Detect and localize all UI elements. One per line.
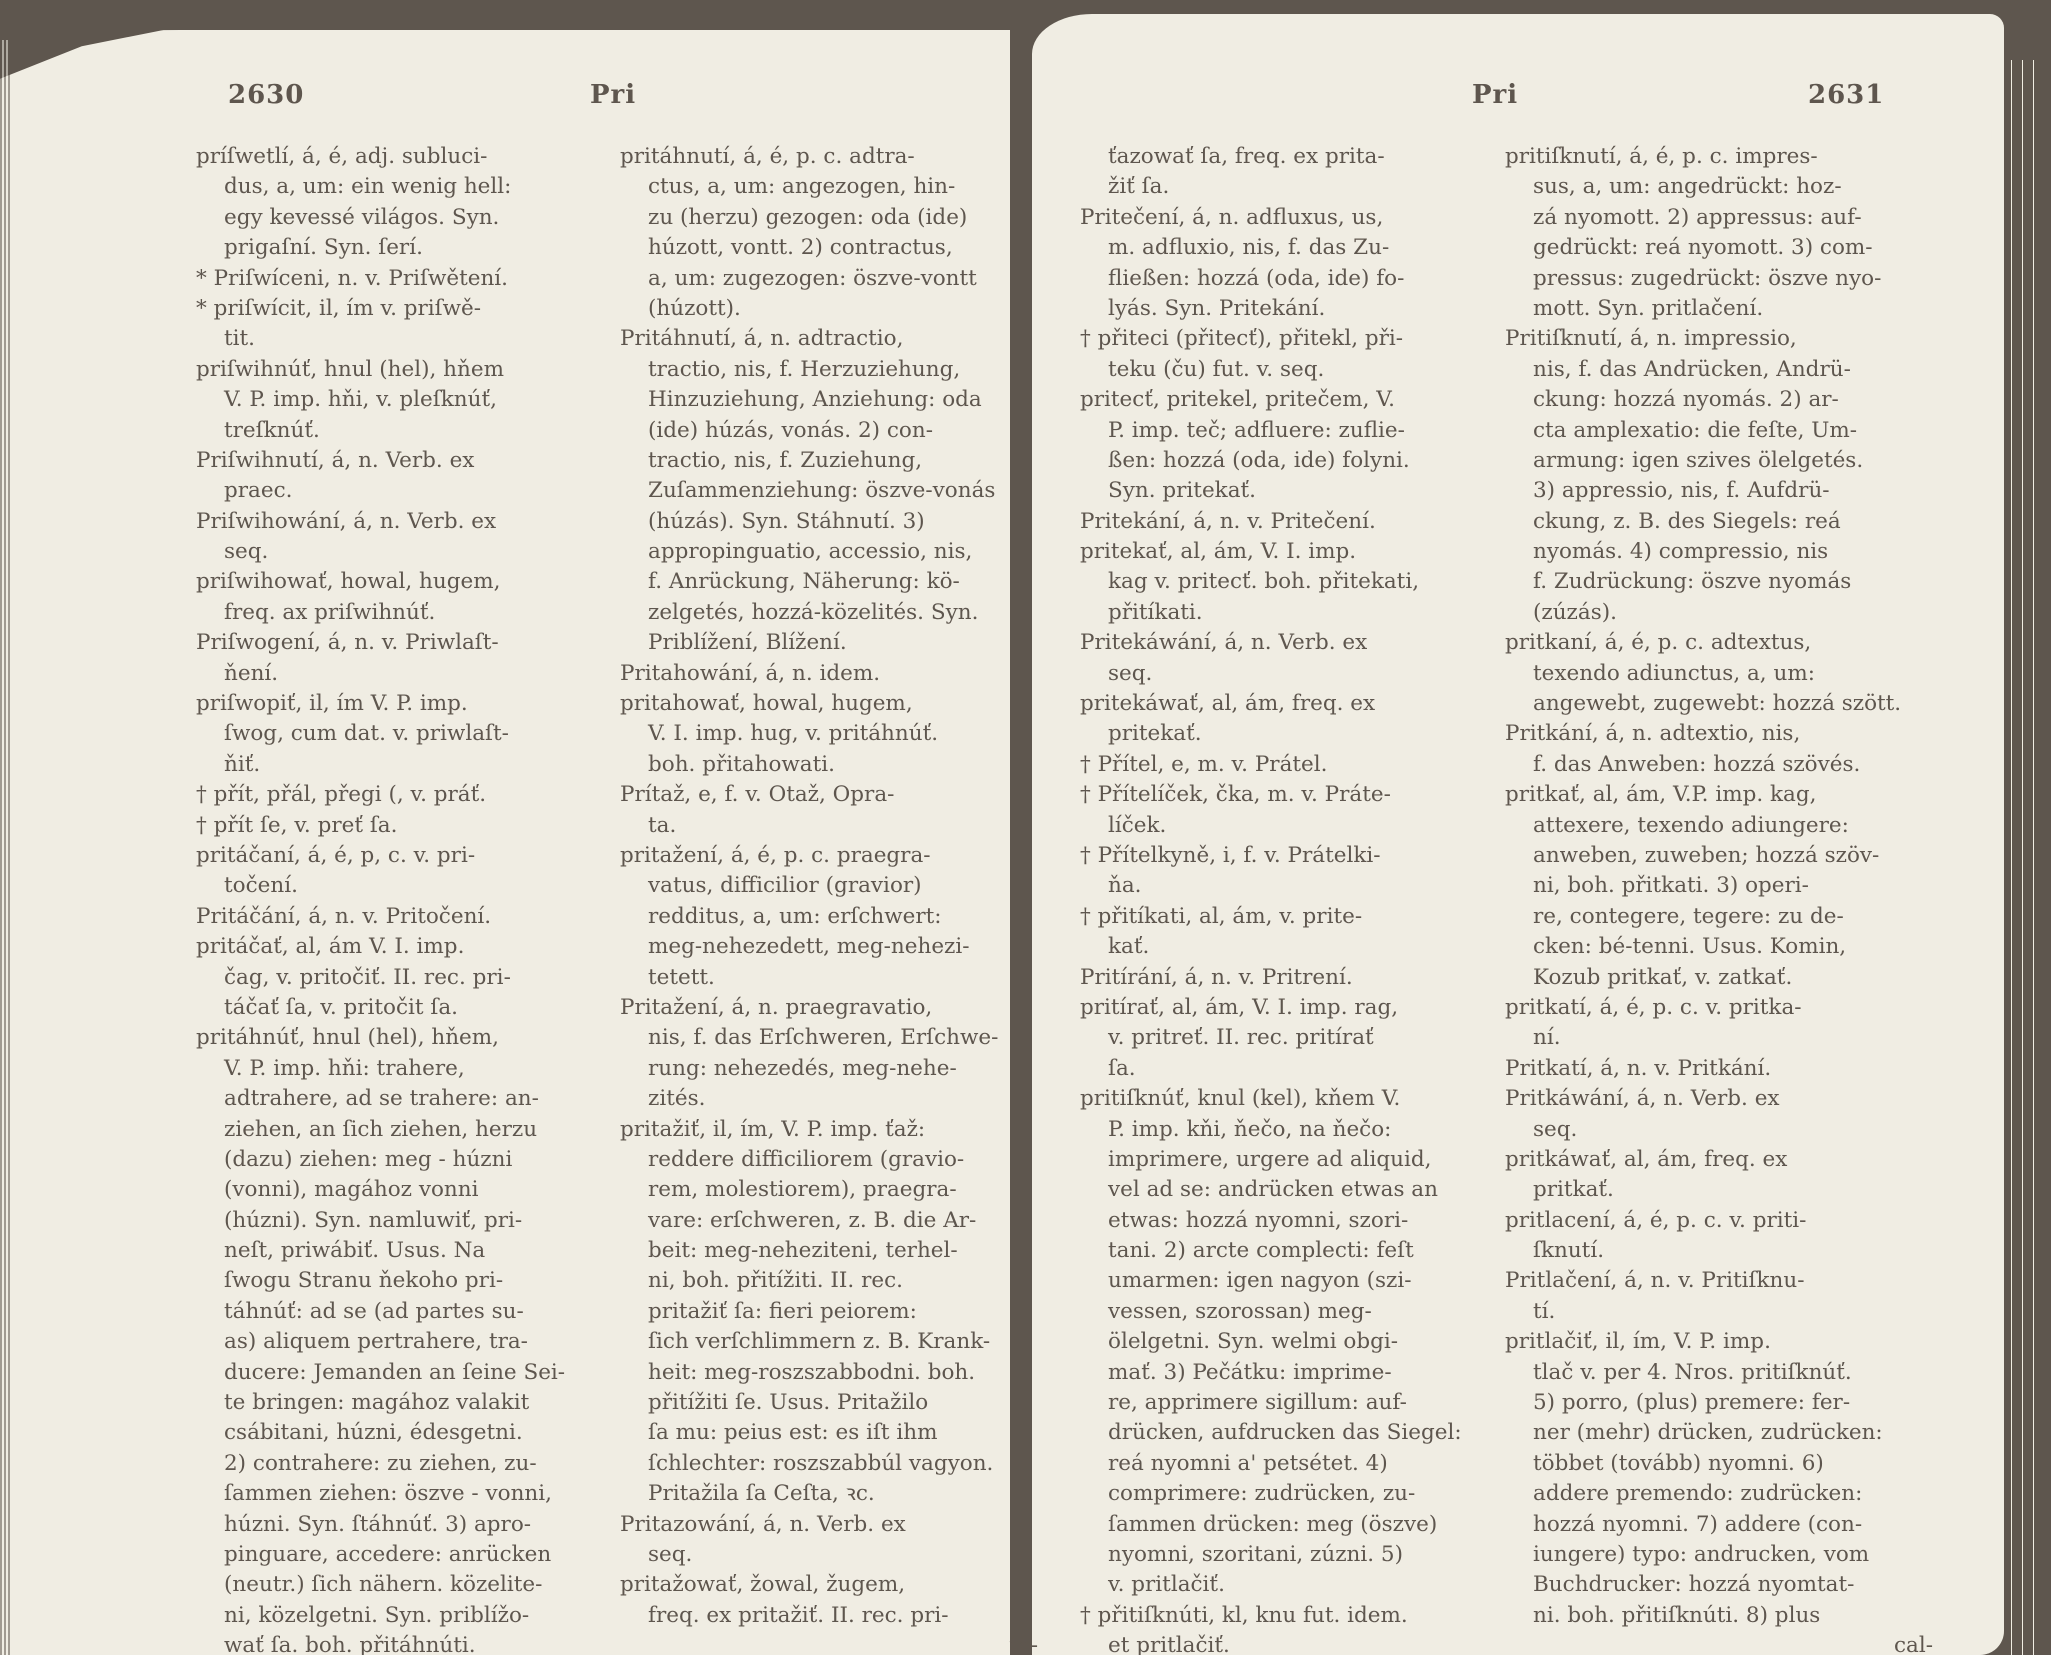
entry-continuation-line: attexere, texendo adiungere: (1505, 811, 1910, 841)
entry-headword-line: † Přítel, e, m. v. Prátel. (1080, 750, 1485, 780)
book-gutter (1010, 30, 1024, 1655)
entry-continuation-line: v. pritreť. II. rec. pritírať (1080, 1023, 1485, 1053)
entry-continuation-line: freq. ax priſwihnúť. (196, 598, 596, 628)
entry-continuation-line: ťa- (620, 1631, 1038, 1655)
entry-continuation-line: reddere difficiliorem (gravio- (620, 1145, 1010, 1175)
entry-continuation-line: wať ſa. boh. přitáhnúti. (196, 1631, 596, 1655)
entry-continuation-line: přitíkati. (1080, 598, 1485, 628)
entry-headword-line: pritkatí, á, é, p. c. v. pritka- (1505, 993, 1910, 1023)
entry-continuation-line: tit. (196, 324, 596, 354)
entry-continuation-line: ſammen ziehen: öszve - vonni, (196, 1479, 596, 1509)
entry-continuation-line: V. P. imp. hňi, v. pleſknúť, (196, 385, 596, 415)
entry-continuation-line: cal- (1505, 1631, 1933, 1655)
entry-continuation-line: et pritlačiť. (1080, 1631, 1485, 1655)
entry-continuation-line: lyás. Syn. Pritekání. (1080, 294, 1485, 324)
entry-headword-line: Pritáčání, á, n. v. Pritočení. (196, 902, 596, 932)
entry-continuation-line: egy kevessé világos. Syn. (196, 203, 596, 233)
entry-continuation-line: sus, a, um: angedrückt: hoz- (1505, 172, 1910, 202)
entry-continuation-line: ni, boh. přitížiti. II. rec. (620, 1266, 1010, 1296)
entry-headword-line: † Přítelkyně, i, f. v. Prátelki- (1080, 841, 1485, 871)
entry-continuation-line: ňa. (1080, 871, 1485, 901)
entry-continuation-line: comprimere: zudrücken, zu- (1080, 1479, 1485, 1509)
entry-continuation-line: ní. (1505, 1023, 1910, 1053)
entry-continuation-line: pritažiť ſa: fieri peiorem: (620, 1297, 1010, 1327)
entry-continuation-line: (húzás). Syn. Stáhnutí. 3) (620, 507, 1010, 537)
entry-continuation-line: V. P. imp. hňi: trahere, (196, 1054, 596, 1084)
entry-headword-line: pritažowať, žowal, žugem, (620, 1570, 1010, 1600)
entry-headword-line: pritecť, pritekel, pritečem, V. (1080, 385, 1485, 415)
entry-continuation-line: cken: bé-tenni. Usus. Komin, (1505, 932, 1910, 962)
entry-continuation-line: mať. 3) Pečátku: imprime- (1080, 1358, 1485, 1388)
entry-headword-line: pritáčať, al, ám V. I. imp. (196, 932, 596, 962)
entry-continuation-line: ni, közelgetni. Syn. priblížo- (196, 1601, 596, 1631)
dictionary-column-3: ťazowať ſa, freq. ex prita-žiť ſa.Priteč… (1080, 142, 1485, 1655)
entry-continuation-line: (dazu) ziehen: meg - húzni (196, 1145, 596, 1175)
entry-headword-line: † přitiſknúti, kl, knu fut. idem. (1080, 1601, 1485, 1631)
entry-continuation-line: appropinguatio, accessio, nis, (620, 537, 1010, 567)
entry-continuation-line: redditus, a, um: erſchwert: (620, 902, 1010, 932)
entry-headword-line: Pritekání, á, n. v. Pritečení. (1080, 507, 1485, 537)
entry-continuation-line: vessen, szorossan) meg- (1080, 1297, 1485, 1327)
entry-headword-line: Pritáhnutí, á, n. adtractio, (620, 324, 1010, 354)
entry-continuation-line: többet (tovább) nyomni. 6) (1505, 1449, 1910, 1479)
entry-continuation-line: Kozub pritkať, v. zatkať. (1505, 963, 1910, 993)
entry-continuation-line: P. imp. teč; adfluere: zuflie- (1080, 416, 1485, 446)
entry-continuation-line: addere premendo: zudrücken: (1505, 1479, 1910, 1509)
entry-continuation-line: ňiť. (196, 750, 596, 780)
entry-continuation-line: pritkať. (1505, 1175, 1910, 1205)
entry-headword-line: Pritkání, á, n. adtextio, nis, (1505, 719, 1910, 749)
entry-continuation-line: tractio, nis, f. Zuziehung, (620, 446, 1010, 476)
entry-headword-line: † Přítelíček, čka, m. v. Práte- (1080, 780, 1485, 810)
entry-headword-line: † přít, přál, přegi (, v. práť. (196, 780, 596, 810)
entry-headword-line: pritlačiť, il, ím, V. P. imp. (1505, 1327, 1910, 1357)
entry-continuation-line: tractio, nis, f. Herzuziehung, (620, 355, 1010, 385)
entry-continuation-line: f. Zudrückung: öszve nyomás (1505, 567, 1910, 597)
entry-continuation-line: nyomás. 4) compressio, nis (1505, 537, 1910, 567)
entry-continuation-line: nis, f. das Erſchweren, Erſchwe- (620, 1023, 1010, 1053)
entry-headword-line: pritiſknutí, á, é, p. c. impres- (1505, 142, 1910, 172)
entry-continuation-line: ner (mehr) drücken, zudrücken: (1505, 1418, 1910, 1448)
entry-continuation-line: ťazowať ſa, freq. ex prita- (1080, 142, 1485, 172)
entry-continuation-line: 5) porro, (plus) premere: fer- (1505, 1388, 1910, 1418)
entry-continuation-line: vare: erſchweren, z. B. die Ar- (620, 1206, 1010, 1236)
entry-headword-line: pritiſknúť, knul (kel), kňem V. (1080, 1084, 1485, 1114)
entry-continuation-line: táhnúť: ad se (ad partes su- (196, 1297, 596, 1327)
right-page-number: 2631 (1808, 80, 1884, 110)
entry-continuation-line: prigaſní. Syn. ſerí. (196, 233, 596, 263)
entry-continuation-line: (húzott). (620, 294, 1010, 324)
entry-continuation-line: te bringen: magához valakit (196, 1388, 596, 1418)
entry-continuation-line: 3) appressio, nis, f. Aufdrü- (1505, 476, 1910, 506)
entry-continuation-line: Hinzuziehung, Anziehung: oda (620, 385, 1010, 415)
right-running-head: Pri (1472, 80, 1518, 110)
entry-continuation-line: csábitani, húzni, édesgetni. (196, 1418, 596, 1448)
entry-continuation-line: mott. Syn. pritlačení. (1505, 294, 1910, 324)
entry-continuation-line: etwas: hozzá nyomni, szori- (1080, 1206, 1485, 1236)
entry-continuation-line: 2) contrahere: zu ziehen, zu- (196, 1449, 596, 1479)
entry-continuation-line: ßen: hozzá (oda, ide) folyni. (1080, 446, 1485, 476)
entry-headword-line: Priſwogení, á, n. v. Priwlaſt- (196, 628, 596, 658)
entry-continuation-line: treſknúť. (196, 416, 596, 446)
entry-continuation-line: ziehen, an ſich ziehen, herzu (196, 1115, 596, 1145)
left-page-edge (0, 40, 10, 1655)
entry-headword-line: Pritiſknutí, á, n. impressio, (1505, 324, 1910, 354)
dictionary-column-2: pritáhnutí, á, é, p. c. adtra-ctus, a, u… (620, 142, 1010, 1655)
entry-continuation-line: tani. 2) arcte complecti: feſt (1080, 1236, 1485, 1266)
entry-continuation-line: iungere) typo: andrucken, vom (1505, 1540, 1910, 1570)
entry-headword-line: Pritkatí, á, n. v. Pritkání. (1505, 1054, 1910, 1084)
entry-headword-line: pritekať, al, ám, V. I. imp. (1080, 537, 1485, 567)
entry-continuation-line: (zúzás). (1505, 598, 1910, 628)
entry-continuation-line: hozzá nyomni. 7) addere (con- (1505, 1510, 1910, 1540)
entry-continuation-line: fließen: hozzá (oda, ide) fo- (1080, 264, 1485, 294)
entry-continuation-line: ctus, a, um: angezogen, hin- (620, 172, 1010, 202)
entry-continuation-line: zu (herzu) gezogen: oda (ide) (620, 203, 1010, 233)
entry-continuation-line: pressus: zugedrückt: öszve nyo- (1505, 264, 1910, 294)
entry-continuation-line: Buchdrucker: hozzá nyomtat- (1505, 1570, 1910, 1600)
entry-headword-line: priſwihowať, howal, hugem, (196, 567, 596, 597)
entry-headword-line: Pritkáwání, á, n. Verb. ex (1505, 1084, 1910, 1114)
entry-continuation-line: texendo adiunctus, a, um: (1505, 659, 1910, 689)
entry-headword-line: * priſwícit, il, ím v. priſwě- (196, 294, 596, 324)
entry-continuation-line: húzott, vontt. 2) contractus, (620, 233, 1010, 263)
entry-continuation-line: ſich verſchlimmern z. B. Krank- (620, 1327, 1010, 1357)
entry-headword-line: Priſwihnutí, á, n. Verb. ex (196, 446, 596, 476)
entry-continuation-line: kať. (1080, 932, 1485, 962)
entry-headword-line: † přít ſe, v. preť ſa. (196, 811, 596, 841)
entry-continuation-line: ňení. (196, 659, 596, 689)
entry-headword-line: pritlacení, á, é, p. c. v. priti- (1505, 1206, 1910, 1236)
entry-headword-line: Pritekáwání, á, n. Verb. ex (1080, 628, 1485, 658)
entry-continuation-line: re, apprimere sigillum: auf- (1080, 1388, 1485, 1418)
entry-headword-line: priſwihnúť, hnul (hel), hňem (196, 355, 596, 385)
entry-headword-line: Pritečení, á, n. adfluxus, us, (1080, 203, 1485, 233)
entry-headword-line: Pritahowání, á, n. idem. (620, 659, 1010, 689)
left-running-head: Pri (590, 80, 636, 110)
entry-headword-line: † přiteci (přitecť), přitekl, při- (1080, 324, 1485, 354)
entry-continuation-line: vatus, difficilior (gravior) (620, 871, 1010, 901)
entry-headword-line: pritírať, al, ám, V. I. imp. rag, (1080, 993, 1485, 1023)
entry-continuation-line: ſwog, cum dat. v. priwlaſt- (196, 719, 596, 749)
entry-continuation-line: ta. (620, 811, 1010, 841)
entry-continuation-line: reá nyomni a' petsétet. 4) (1080, 1449, 1485, 1479)
entry-continuation-line: (vonni), magához vonni (196, 1175, 596, 1205)
entry-headword-line: pritáhnúť, hnul (hel), hňem, (196, 1023, 596, 1053)
dictionary-column-4: pritiſknutí, á, é, p. c. impres-sus, a, … (1505, 142, 1910, 1655)
entry-continuation-line: boh. přitahowati. (620, 750, 1010, 780)
entry-continuation-line: armung: igen szives ölelgetés. (1505, 446, 1910, 476)
entry-continuation-line: ſwogu Stranu ňekoho pri- (196, 1266, 596, 1296)
entry-continuation-line: kag v. pritecť. boh. přitekati, (1080, 567, 1485, 597)
entry-continuation-line: seq. (620, 1540, 1010, 1570)
entry-continuation-line: ni. boh. přitiſknúti. 8) plus (1505, 1601, 1910, 1631)
entry-continuation-line: neſt, priwábiť. Usus. Na (196, 1236, 596, 1266)
entry-continuation-line: P. imp. kňi, ňečo, na ňečo: (1080, 1115, 1485, 1145)
entry-continuation-line: ſknutí. (1505, 1236, 1910, 1266)
entry-headword-line: pritáčaní, á, é, p, c. v. pri- (196, 841, 596, 871)
entry-headword-line: Pritírání, á, n. v. Pritrení. (1080, 963, 1485, 993)
entry-continuation-line: ſammen drücken: meg (öszve) (1080, 1510, 1485, 1540)
entry-continuation-line: drücken, aufdrucken das Siegel: (1080, 1418, 1485, 1448)
entry-headword-line: pritažení, á, é, p. c. praegra- (620, 841, 1010, 871)
entry-continuation-line: seq. (1505, 1115, 1910, 1145)
entry-headword-line: Prítaž, e, f. v. Otaž, Opra- (620, 780, 1010, 810)
entry-headword-line: Pritlačení, á, n. v. Pritiſknu- (1505, 1266, 1910, 1296)
entry-continuation-line: m. adfluxio, nis, f. das Zu- (1080, 233, 1485, 263)
entry-headword-line: pritkať, al, ám, V.P. imp. kag, (1505, 780, 1910, 810)
entry-continuation-line: pritekať. (1080, 719, 1485, 749)
dictionary-column-1: príſwetlí, á, é, adj. subluci-dus, a, um… (196, 142, 596, 1655)
entry-continuation-line: angewebt, zugewebt: hozzá szött. (1505, 689, 1910, 719)
entry-continuation-line: tetett. (620, 963, 1010, 993)
entry-continuation-line: zelgetés, hozzá-közelités. Syn. (620, 598, 1010, 628)
entry-continuation-line: táčať ſa, v. pritočit ſa. (196, 993, 596, 1023)
entry-continuation-line: tí. (1505, 1297, 1910, 1327)
entry-headword-line: príſwetlí, á, é, adj. subluci- (196, 142, 596, 172)
entry-continuation-line: přitížiti ſe. Usus. Pritažilo (620, 1388, 1010, 1418)
entry-continuation-line: imprimere, urgere ad aliquid, (1080, 1145, 1485, 1175)
entry-continuation-line: (húzni). Syn. namluwiť, pri- (196, 1206, 596, 1236)
entry-continuation-line: f. Anrückung, Näherung: kö- (620, 567, 1010, 597)
entry-continuation-line: f. das Anweben: hozzá szövés. (1505, 750, 1910, 780)
entry-continuation-line: praec. (196, 476, 596, 506)
entry-continuation-line: nyomni, szoritani, zúzni. 5) (1080, 1540, 1485, 1570)
entry-continuation-line: Pritažila ſa Ceſta, ꝛc. (620, 1479, 1010, 1509)
entry-continuation-line: húzni. Syn. ſtáhnúť. 3) apro- (196, 1510, 596, 1540)
entry-continuation-line: gedrückt: reá nyomott. 3) com- (1505, 233, 1910, 263)
entry-continuation-line: seq. (196, 537, 596, 567)
entry-continuation-line: Zuſammenziehung: öszve-vonás (620, 476, 1010, 506)
entry-headword-line: pritekáwať, al, ám, freq. ex (1080, 689, 1485, 719)
entry-headword-line: pritažiť, il, ím, V. P. imp. ťaž: (620, 1115, 1010, 1145)
entry-continuation-line: ckung, z. B. des Siegels: reá (1505, 507, 1910, 537)
entry-continuation-line: ſa mu: peius est: es iſt ihm (620, 1418, 1010, 1448)
entry-continuation-line: beit: meg-neheziteni, terhel- (620, 1236, 1010, 1266)
entry-headword-line: Pritažení, á, n. praegravatio, (620, 993, 1010, 1023)
entry-continuation-line: ſa. (1080, 1054, 1485, 1084)
entry-continuation-line: Syn. pritekať. (1080, 476, 1485, 506)
entry-continuation-line: umarmen: igen nagyon (szi- (1080, 1266, 1485, 1296)
entry-continuation-line: rung: nehezedés, meg-nehe- (620, 1054, 1010, 1084)
entry-continuation-line: seq. (1080, 659, 1485, 689)
entry-continuation-line: Priblížení, Blížení. (620, 628, 1010, 658)
entry-continuation-line: freq. ex pritažiť. II. rec. pri- (620, 1601, 1010, 1631)
entry-continuation-line: V. I. imp. hug, v. pritáhnúť. (620, 719, 1010, 749)
entry-continuation-line: ckung: hozzá nyomás. 2) ar- (1505, 385, 1910, 415)
entry-continuation-line: (ide) húzás, vonás. 2) con- (620, 416, 1010, 446)
entry-continuation-line: zités. (620, 1084, 1010, 1114)
entry-headword-line: † přitíkati, al, ám, v. prite- (1080, 902, 1485, 932)
entry-continuation-line: ölelgetni. Syn. welmi obgi- (1080, 1327, 1485, 1357)
entry-continuation-line: vel ad se: andrücken etwas an (1080, 1175, 1485, 1205)
entry-continuation-line: zá nyomott. 2) appressus: auf- (1505, 203, 1910, 233)
entry-continuation-line: čag, v. pritočiť. II. rec. pri- (196, 963, 596, 993)
entry-headword-line: Pritazowání, á, n. Verb. ex (620, 1510, 1010, 1540)
entry-continuation-line: anweben, zuweben; hozzá szöv- (1505, 841, 1910, 871)
entry-headword-line: pritkáwať, al, ám, freq. ex (1505, 1145, 1910, 1175)
entry-headword-line: priſwopiť, il, ím V. P. imp. (196, 689, 596, 719)
entry-continuation-line: pinguare, accedere: anrücken (196, 1540, 596, 1570)
entry-continuation-line: točení. (196, 871, 596, 901)
left-page-number: 2630 (228, 80, 304, 110)
entry-continuation-line: nis, f. das Andrücken, Andrü- (1505, 355, 1910, 385)
entry-continuation-line: ducere: Jemanden an ſeine Sei- (196, 1358, 596, 1388)
entry-continuation-line: dus, a, um: ein wenig hell: (196, 172, 596, 202)
entry-continuation-line: adtrahere, ad se trahere: an- (196, 1084, 596, 1114)
entry-headword-line: pritáhnutí, á, é, p. c. adtra- (620, 142, 1010, 172)
entry-continuation-line: ni, boh. přitkati. 3) operi- (1505, 871, 1910, 901)
entry-headword-line: Priſwihowání, á, n. Verb. ex (196, 507, 596, 537)
entry-continuation-line: žiť ſa. (1080, 172, 1485, 202)
entry-headword-line: pritkaní, á, é, p. c. adtextus, (1505, 628, 1910, 658)
entry-headword-line: * Priſwíceni, n. v. Priſwětení. (196, 264, 596, 294)
entry-continuation-line: a, um: zugezogen: öszve-vontt (620, 264, 1010, 294)
entry-continuation-line: ſchlechter: roszszabbúl vagyon. (620, 1449, 1010, 1479)
entry-continuation-line: rem, molestiorem), praegra- (620, 1175, 1010, 1205)
entry-continuation-line: teku (ču) fut. v. seq. (1080, 355, 1485, 385)
entry-continuation-line: heit: meg-roszszabbodni. boh. (620, 1358, 1010, 1388)
entry-continuation-line: (neutr.) ſich nähern. közelite- (196, 1570, 596, 1600)
entry-continuation-line: re, contegere, tegere: zu de- (1505, 902, 1910, 932)
entry-continuation-line: meg-nehezedett, meg-nehezi- (620, 932, 1010, 962)
entry-continuation-line: cta amplexatio: die feſte, Um- (1505, 416, 1910, 446)
entry-headword-line: pritahowať, howal, hugem, (620, 689, 1010, 719)
entry-continuation-line: tlač v. per 4. Nros. pritiſknúť. (1505, 1358, 1910, 1388)
entry-continuation-line: v. pritlačiť. (1080, 1570, 1485, 1600)
entry-continuation-line: as) aliquem pertrahere, tra- (196, 1327, 596, 1357)
entry-continuation-line: líček. (1080, 811, 1485, 841)
right-page-edge (2006, 60, 2036, 1655)
